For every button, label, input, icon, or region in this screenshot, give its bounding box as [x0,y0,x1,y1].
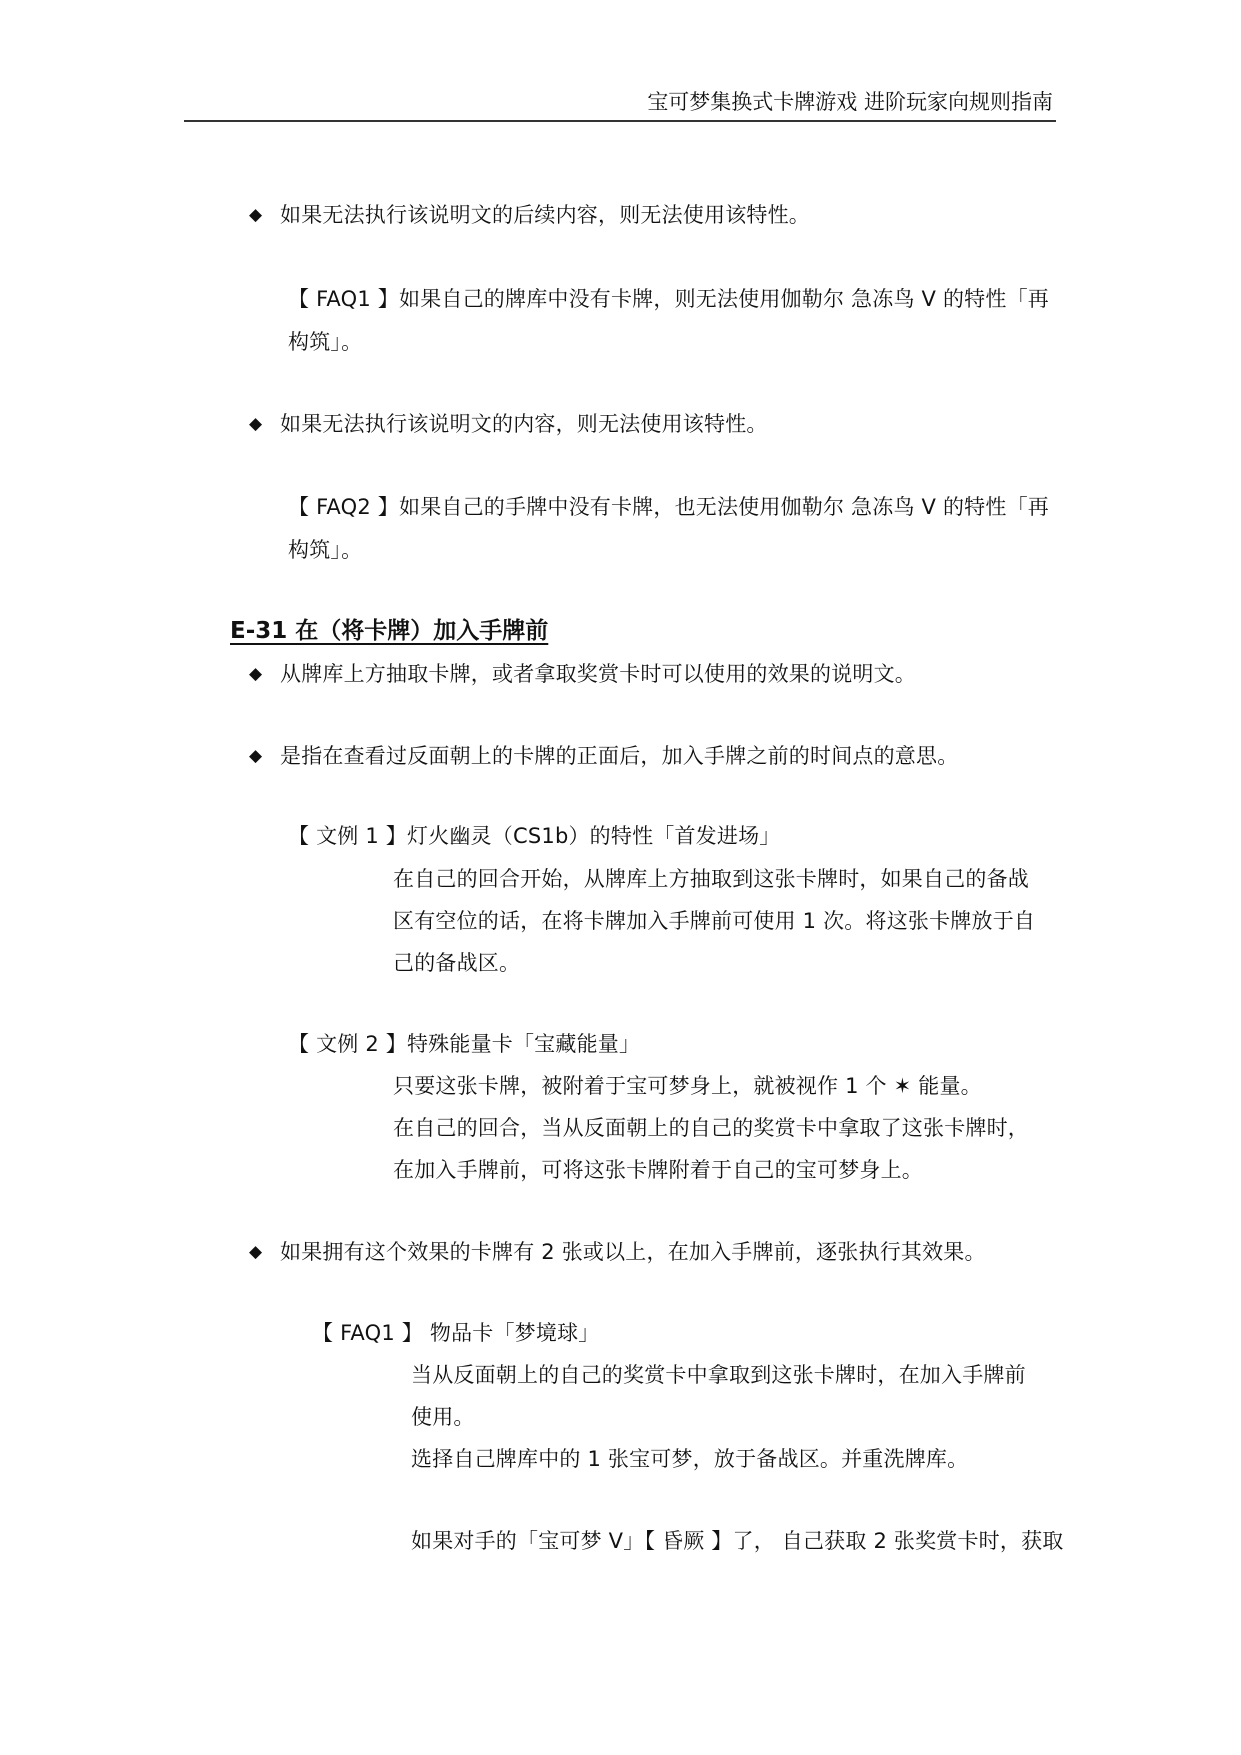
faq-line: 选择自己牌库中的 1 张宝可梦，放于备战区。并重洗牌库。 [411,1449,968,1470]
example-line: 在自己的回合，当从反面朝上的自己的奖赏卡中拿取了这张卡牌时， [393,1118,1029,1139]
faq-line: 如果对手的「宝可梦 V」【 昏厥 】了， 自己获取 2 张奖赏卡时，获取 [411,1531,1063,1552]
example-line: 只要这张卡牌，被附着于宝可梦身上，就被视作 1 个 ✶ 能量。 [393,1076,982,1097]
example-label: 【 文例 1 】灯火幽灵（CS1b）的特性「首发进场」 [288,826,780,847]
section-heading: E-31 在（将卡牌）加入手牌前 [230,620,548,643]
example-line: 区有空位的话，在将卡牌加入手牌前可使用 1 次。将这张卡牌放于自 [393,911,1035,932]
example-line: 在加入手牌前，可将这张卡牌附着于自己的宝可梦身上。 [393,1160,923,1181]
example-line: 己的备战区。 [393,953,520,974]
running-header-title: 宝可梦集换式卡牌游戏 进阶玩家向规则指南 [647,92,1053,113]
bullet-text: 从牌库上方抽取卡牌，或者拿取奖赏卡时可以使用的效果的说明文。 [280,664,916,685]
diamond-bullet-icon: ◆ [249,1244,262,1261]
faq-line: 【 FAQ1 】如果自己的牌库中没有卡牌，则无法使用伽勒尔 急冻鸟 V 的特性「… [288,289,1049,310]
bullet-text: 如果拥有这个效果的卡牌有 2 张或以上，在加入手牌前，逐张执行其效果。 [280,1242,986,1263]
bullet-text: 是指在查看过反面朝上的卡牌的正面后，加入手牌之前的时间点的意思。 [280,746,958,767]
diamond-bullet-icon: ◆ [249,748,262,765]
faq-line: 【 FAQ2 】如果自己的手牌中没有卡牌，也无法使用伽勒尔 急冻鸟 V 的特性「… [288,497,1049,518]
example-line: 在自己的回合开始，从牌库上方抽取到这张卡牌时，如果自己的备战 [393,869,1029,890]
diamond-bullet-icon: ◆ [249,207,262,224]
faq-line: 构筑」。 [288,332,362,353]
diamond-bullet-icon: ◆ [249,416,262,433]
example-label: 【 文例 2 】特殊能量卡「宝藏能量」 [288,1034,640,1055]
faq-line: 当从反面朝上的自己的奖赏卡中拿取到这张卡牌时，在加入手牌前 [411,1365,1026,1386]
faq-line: 构筑」。 [288,540,362,561]
bullet-text: 如果无法执行该说明文的后续内容，则无法使用该特性。 [280,205,810,226]
bullet-text: 如果无法执行该说明文的内容，则无法使用该特性。 [280,414,768,435]
header-rule [184,120,1056,122]
faq-line: 使用。 [411,1407,475,1428]
faq-label: 【 FAQ1 】 物品卡「梦境球」 [312,1323,599,1344]
diamond-bullet-icon: ◆ [249,666,262,683]
